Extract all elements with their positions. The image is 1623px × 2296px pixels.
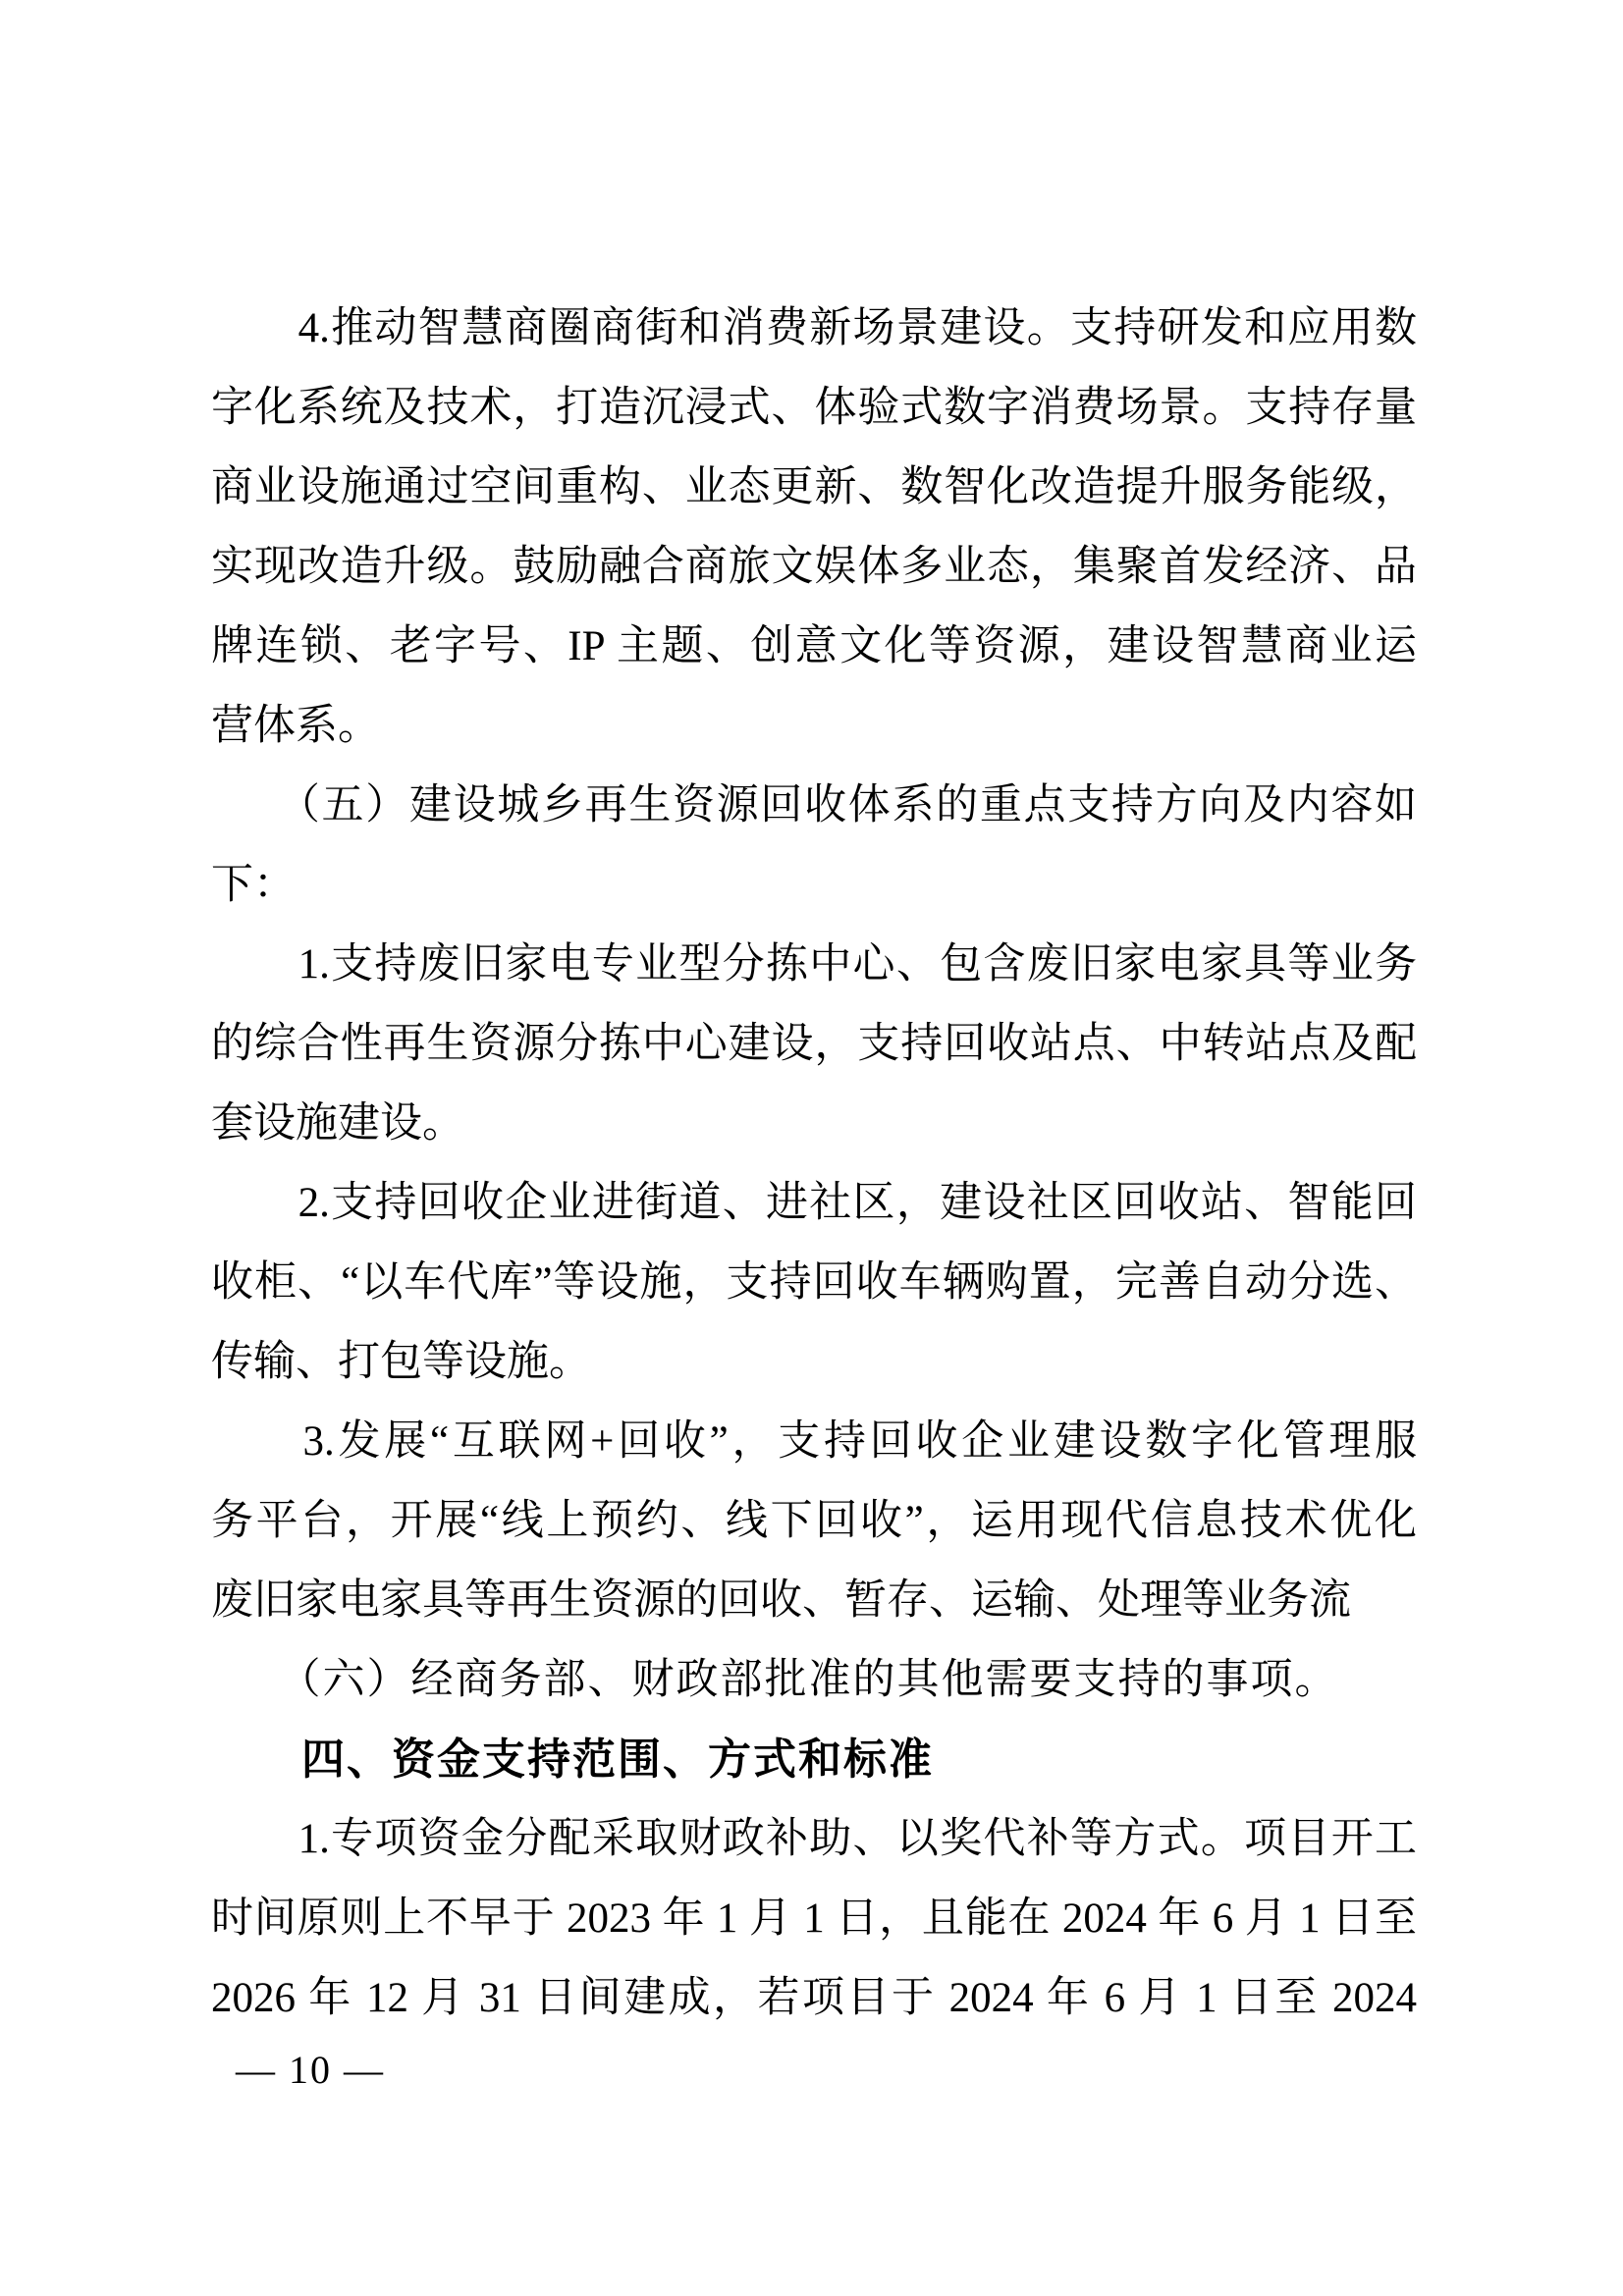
text-line: 时间原则上不早于 2023 年 1 月 1 日，且能在 2024 年 6 月 1… — [211, 1879, 1417, 1958]
paragraph: 4.推动智慧商圈商街和消费新场景建设。支持研发和应用数字化系统及技术，打造沉浸式… — [211, 289, 1417, 766]
text-line: （五）建设城乡再生资源回收体系的重点支持方向及内容如 — [211, 766, 1417, 845]
text-line: 收柜、“以车代库”等设施，支持回收车辆购置，完善自动分选、 — [211, 1243, 1417, 1322]
paragraph: 1.支持废旧家电专业型分拣中心、包含废旧家电家具等业务的综合性再生资源分拣中心建… — [211, 925, 1417, 1163]
text-line: 1.支持废旧家电专业型分拣中心、包含废旧家电家具等业务 — [211, 925, 1417, 1004]
text-line: 传输、打包等设施。 — [211, 1322, 1417, 1402]
paragraph: （五）建设城乡再生资源回收体系的重点支持方向及内容如下： — [211, 766, 1417, 925]
text-line: 务平台，开展“线上预约、线下回收”，运用现代信息技术优化 — [211, 1481, 1417, 1561]
document-page: 4.推动智慧商圈商街和消费新场景建设。支持研发和应用数字化系统及技术，打造沉浸式… — [0, 0, 1623, 2296]
text-line: 3.发展“互联网+回收”，支持回收企业建设数字化管理服 — [211, 1402, 1417, 1481]
text-line: 2.支持回收企业进街道、进社区，建设社区回收站、智能回 — [211, 1163, 1417, 1243]
text-line: 下： — [211, 845, 1417, 925]
paragraph: 四、资金支持范围、方式和标准 — [211, 1720, 1417, 1799]
page-number: — 10 — — [236, 2048, 385, 2093]
text-line: 废旧家电家具等再生资源的回收、暂存、运输、处理等业务流程。 — [211, 1561, 1417, 1640]
text-line: 的综合性再生资源分拣中心建设，支持回收站点、中转站点及配 — [211, 1004, 1417, 1084]
text-line: 牌连锁、老字号、IP 主题、创意文化等资源，建设智慧商业运 — [211, 607, 1417, 686]
paragraph: 1.专项资金分配采取财政补助、以奖代补等方式。项目开工时间原则上不早于 2023… — [211, 1799, 1417, 2038]
text-line: 商业设施通过空间重构、业态更新、数智化改造提升服务能级， — [211, 448, 1417, 527]
text-line: 4.推动智慧商圈商街和消费新场景建设。支持研发和应用数 — [211, 289, 1417, 368]
paragraph: 3.发展“互联网+回收”，支持回收企业建设数字化管理服务平台，开展“线上预约、线… — [211, 1402, 1417, 1640]
text-line: 2026 年 12 月 31 日间建成，若项目于 2024 年 6 月 1 日至… — [211, 1958, 1417, 2038]
paragraph: （六）经商务部、财政部批准的其他需要支持的事项。 — [211, 1640, 1417, 1720]
paragraph: 2.支持回收企业进街道、进社区，建设社区回收站、智能回收柜、“以车代库”等设施，… — [211, 1163, 1417, 1402]
text-line: （六）经商务部、财政部批准的其他需要支持的事项。 — [211, 1640, 1417, 1720]
text-line: 四、资金支持范围、方式和标准 — [211, 1720, 1417, 1799]
text-line: 实现改造升级。鼓励融合商旅文娱体多业态，集聚首发经济、品 — [211, 527, 1417, 607]
text-line: 1.专项资金分配采取财政补助、以奖代补等方式。项目开工 — [211, 1799, 1417, 1879]
text-line: 营体系。 — [211, 686, 1417, 766]
text-line: 字化系统及技术，打造沉浸式、体验式数字消费场景。支持存量 — [211, 368, 1417, 448]
document-body: 4.推动智慧商圈商街和消费新场景建设。支持研发和应用数字化系统及技术，打造沉浸式… — [211, 289, 1417, 2038]
text-line: 套设施建设。 — [211, 1084, 1417, 1163]
